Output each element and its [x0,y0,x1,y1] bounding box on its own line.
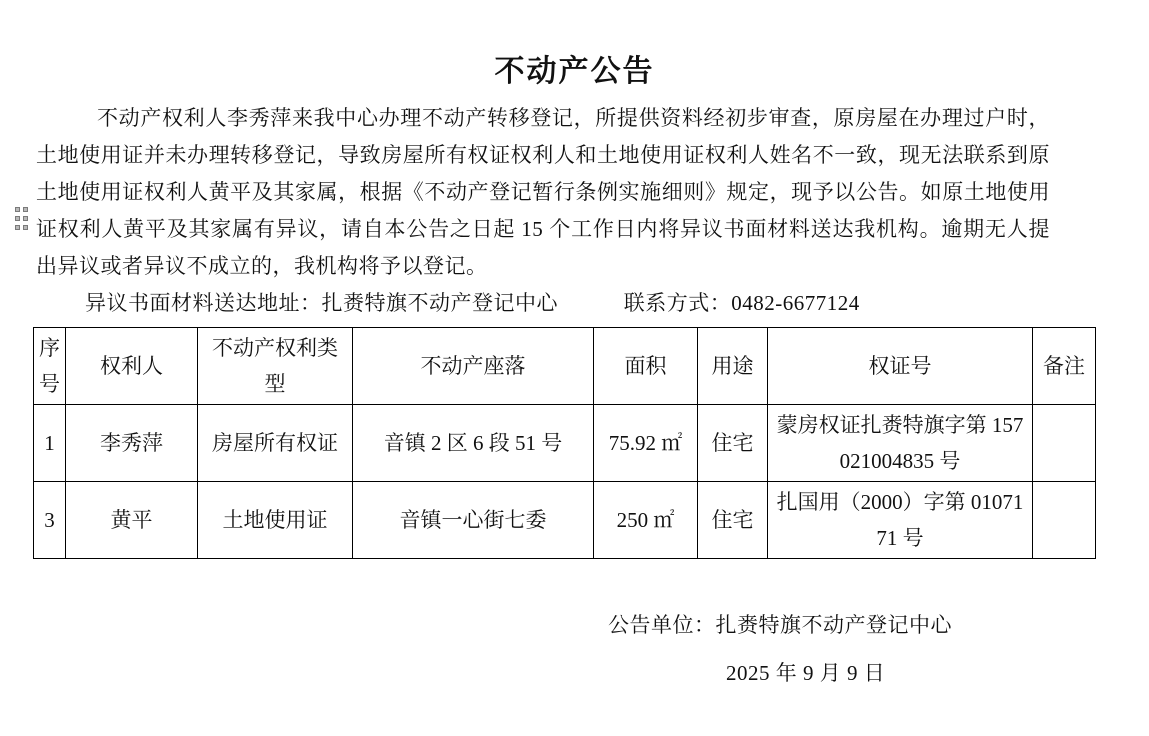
cell-area: 75.92 ㎡ [594,405,698,482]
drag-handle-icon[interactable] [15,207,28,232]
header-right-holder: 权利人 [66,328,198,405]
cell-serial-number: 1 [34,405,66,482]
page-title: 不动产公告 [0,46,1149,90]
contact-phone-text: 联系方式：0482-6677124 [624,291,860,315]
table-header-row: 序号 权利人 不动产权利类型 不动产座落 面积 用途 权证号 备注 [34,328,1096,405]
footer: 公告单位：扎赉特旗不动产登记中心 2025 年 9 月 9 日 [0,613,1149,685]
cell-usage: 住宅 [698,482,768,559]
cell-right-holder: 黄平 [66,482,198,559]
drag-handle-dot [23,225,28,230]
cell-usage: 住宅 [698,405,768,482]
drag-handle-dot [15,225,20,230]
issuer-line: 公告单位：扎赉特旗不动产登记中心 [608,613,1149,637]
cell-serial-number: 3 [34,482,66,559]
document-page: 不动产公告 不动产权利人李秀萍来我中心办理不动产转移登记，所提供资料经初步审查，… [0,0,1149,736]
cell-location: 音镇 2 区 6 段 51 号 [353,405,594,482]
header-remarks: 备注 [1033,328,1096,405]
header-area: 面积 [594,328,698,405]
header-right-type: 不动产权利类型 [198,328,353,405]
cell-right-holder: 李秀萍 [66,405,198,482]
table-row: 3 黄平 土地使用证 音镇一心街七委 250 ㎡ 住宅 扎国用（2000）字第 … [34,482,1096,559]
cell-certificate-number: 蒙房权证扎赉特旗字第 157021004835 号 [768,405,1033,482]
announcement-table: 序号 权利人 不动产权利类型 不动产座落 面积 用途 权证号 备注 1 李秀萍 … [33,327,1096,559]
cell-remarks [1033,482,1096,559]
header-certificate-number: 权证号 [768,328,1033,405]
header-location: 不动产座落 [353,328,594,405]
drag-handle-dot [15,207,20,212]
drag-handle-dot [15,216,20,221]
address-contact-line: 异议书面材料送达地址：扎赉特旗不动产登记中心 联系方式：0482-6677124 [85,285,1149,322]
announcement-paragraph: 不动产权利人李秀萍来我中心办理不动产转移登记，所提供资料经初步审查，原房屋在办理… [36,100,1050,285]
cell-right-type: 房屋所有权证 [198,405,353,482]
header-serial-number: 序号 [34,328,66,405]
table-row: 1 李秀萍 房屋所有权证 音镇 2 区 6 段 51 号 75.92 ㎡ 住宅 … [34,405,1096,482]
date-line: 2025 年 9 月 9 日 [726,661,1149,685]
header-usage: 用途 [698,328,768,405]
drag-handle-dot [23,207,28,212]
cell-certificate-number: 扎国用（2000）字第 0107171 号 [768,482,1033,559]
cell-location: 音镇一心街七委 [353,482,594,559]
cell-right-type: 土地使用证 [198,482,353,559]
cell-remarks [1033,405,1096,482]
cell-area: 250 ㎡ [594,482,698,559]
drag-handle-dot [23,216,28,221]
delivery-address-text: 异议书面材料送达地址：扎赉特旗不动产登记中心 [85,291,558,315]
